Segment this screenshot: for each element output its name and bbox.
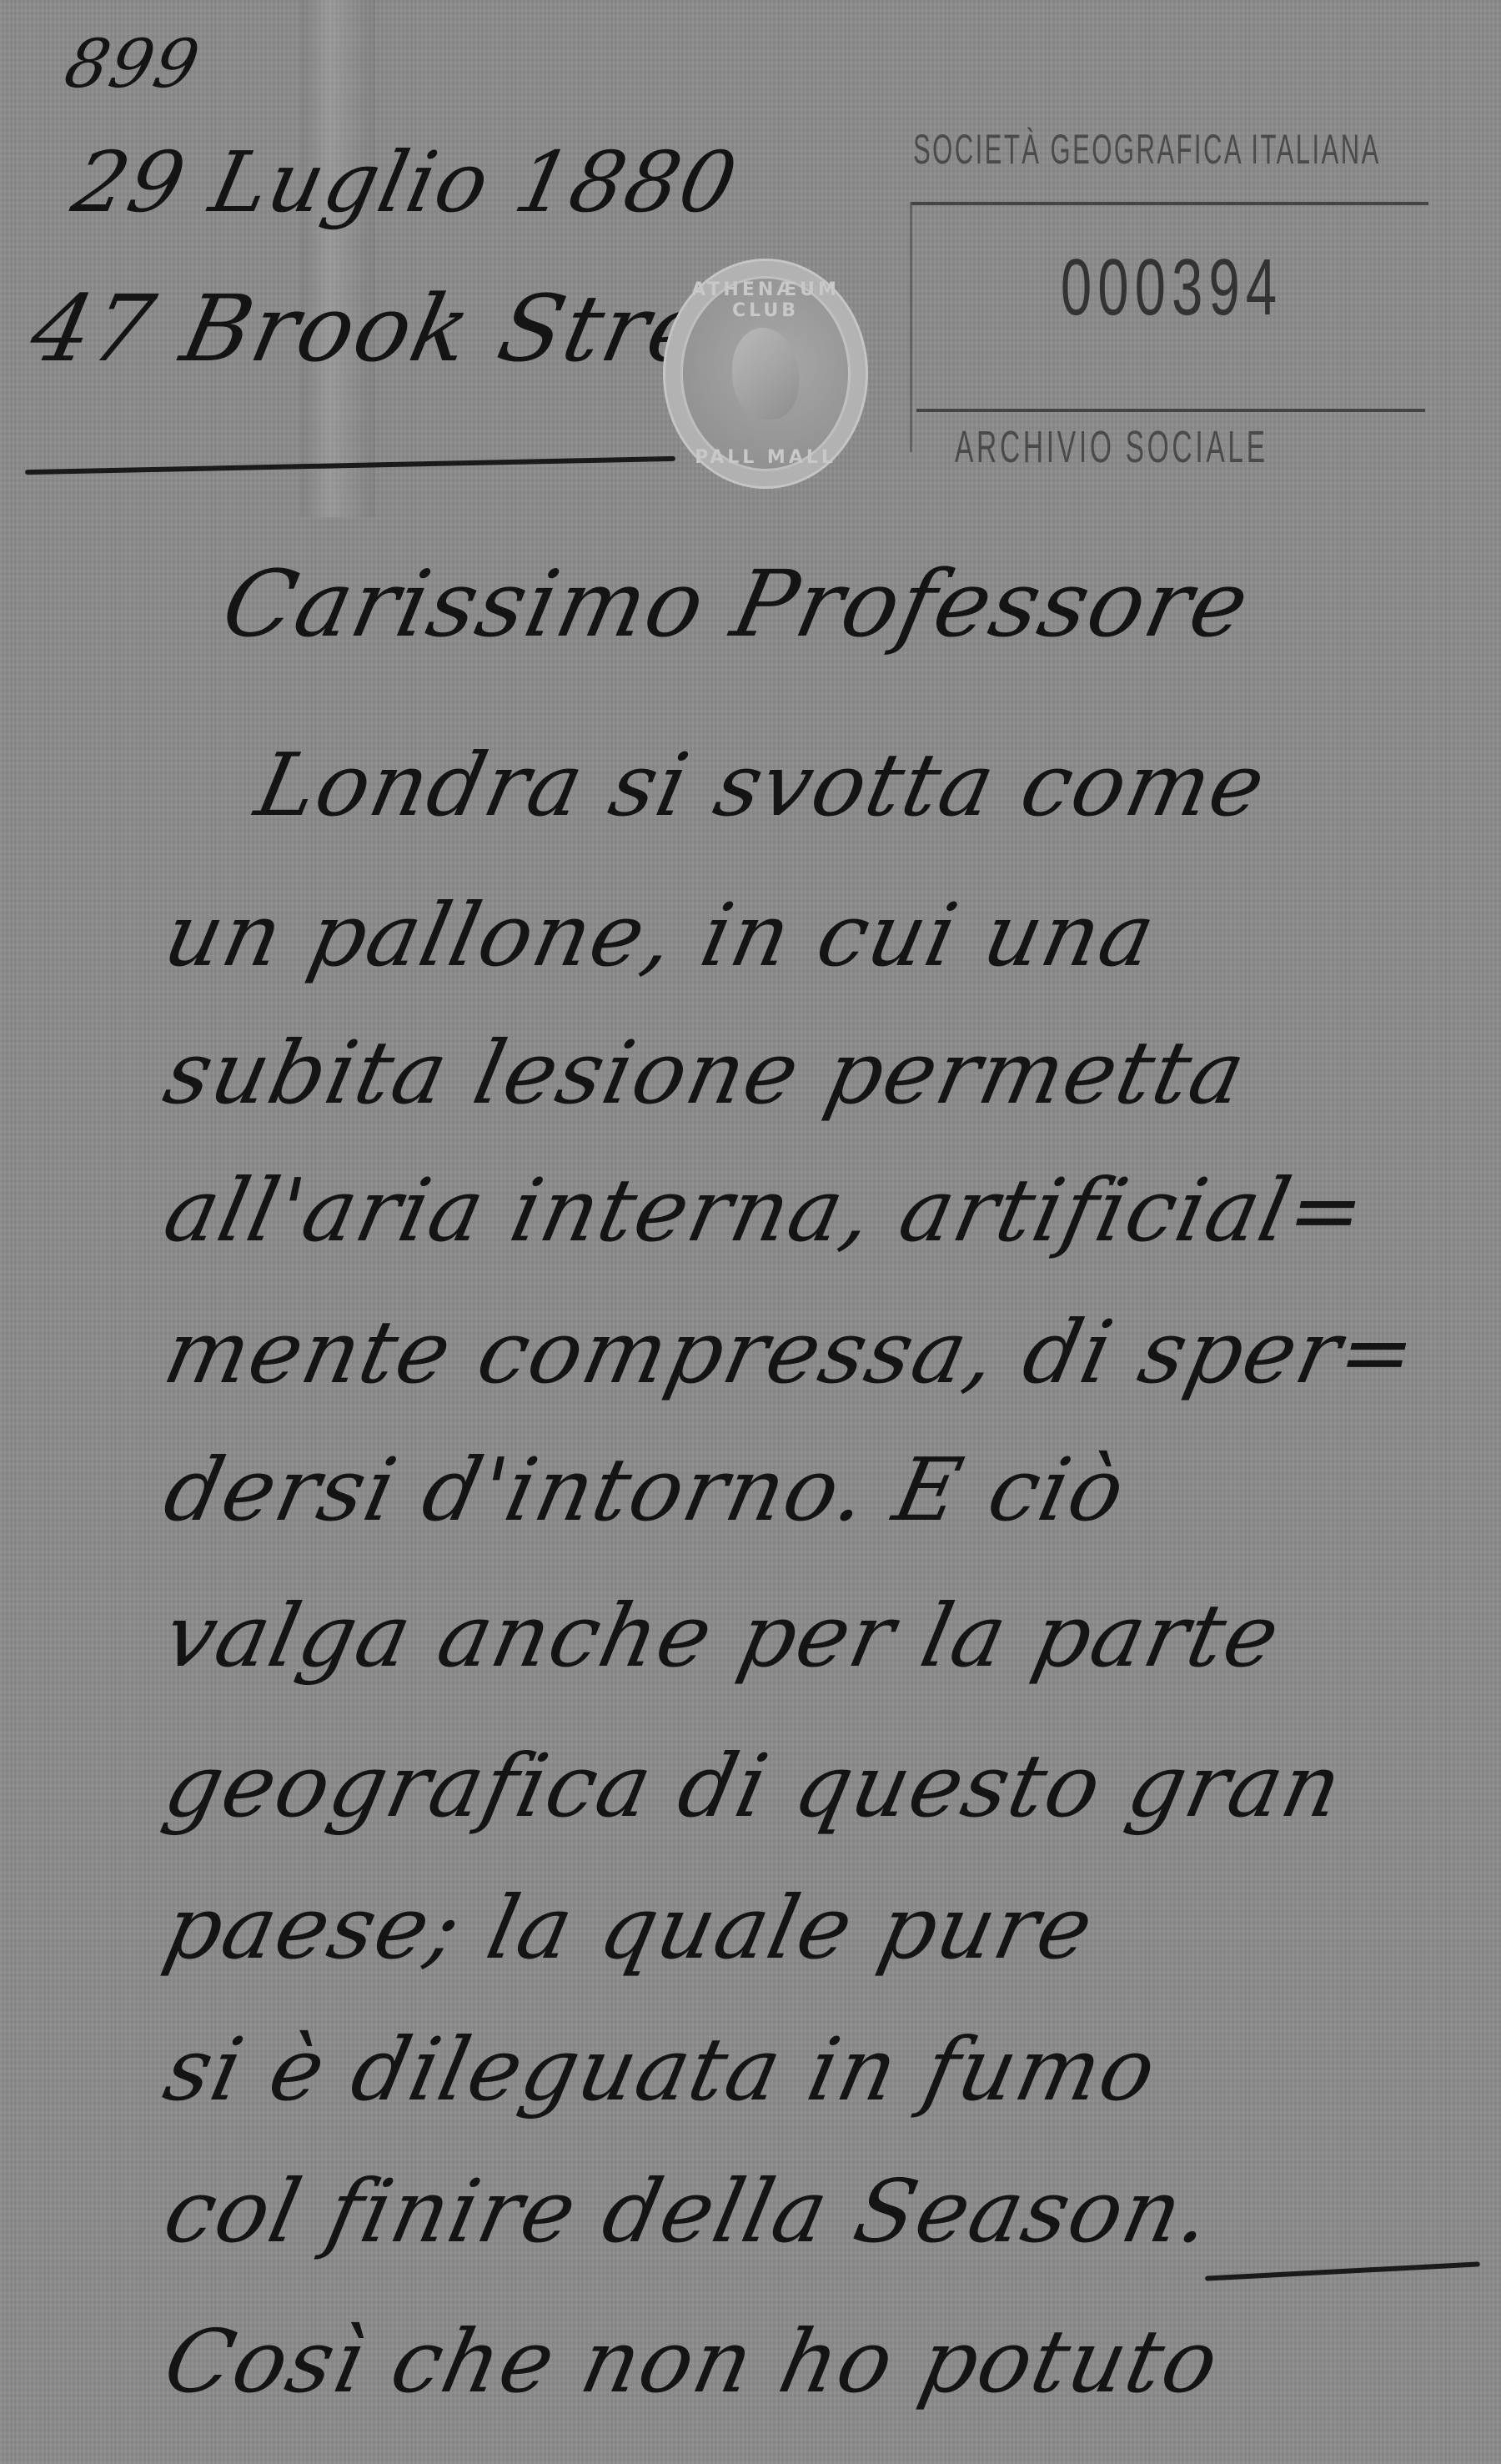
stamp-archive-number: 000394	[979, 242, 1364, 334]
athenaeum-club-seal-icon: ATHENÆUM CLUB PALL MALL	[663, 259, 868, 489]
archive-stamp: SOCIETÀ GEOGRAFICA ITALIANA 000394 ARCHI…	[896, 100, 1447, 475]
letter-date: 29 Luglio 1880	[65, 133, 746, 231]
body-line: mente compressa, di sper=	[156, 1301, 1426, 1403]
stamp-divider-bottom	[916, 409, 1425, 412]
stamp-divider-top	[911, 202, 1428, 205]
folio-number: 899	[58, 25, 207, 103]
stamp-border	[910, 202, 912, 452]
seal-portrait-icon	[732, 328, 799, 420]
seal-top-text: ATHENÆUM CLUB	[665, 279, 866, 321]
body-line: subita lesione permetta	[156, 1022, 1255, 1124]
body-line: all'aria interna, artificial=	[156, 1159, 1375, 1261]
body-line: Londra si svotta come	[248, 734, 1275, 836]
salutation: Carissimo Professore	[213, 551, 1259, 657]
body-line: Così che non ho potuto	[156, 2311, 1228, 2412]
body-line: un pallone, in cui una	[156, 884, 1165, 986]
season-underline	[1205, 2261, 1480, 2280]
body-line: paese; la quale pure	[156, 1877, 1103, 1979]
body-line: dersi d'intorno. E ciò	[156, 1439, 1135, 1541]
stamp-society-name: SOCIETÀ GEOGRAFICA ITALIANA	[913, 125, 1381, 173]
body-line: valga anche per la parte	[156, 1585, 1289, 1687]
seal-bottom-text: PALL MALL	[665, 447, 866, 468]
body-line: geografica di questo gran	[156, 1735, 1352, 1837]
paper-fold	[300, 0, 375, 517]
stamp-archive-label: ARCHIVIO SOCIALE	[955, 421, 1268, 473]
body-line: si è dileguata in fumo	[156, 2019, 1166, 2120]
body-line: col finire della Season.	[156, 2160, 1222, 2262]
